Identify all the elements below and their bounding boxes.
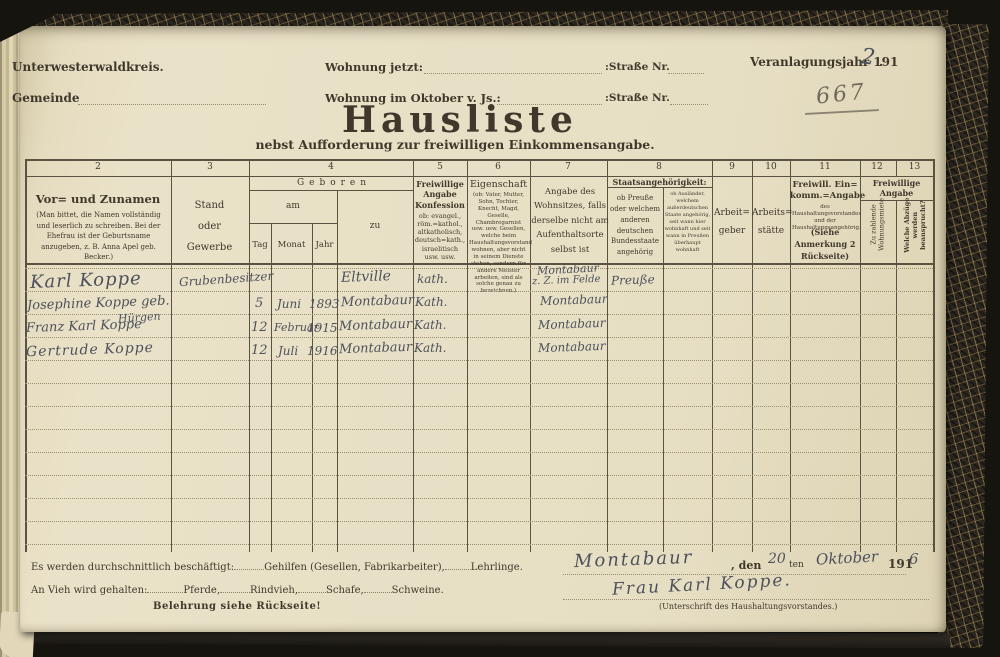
wohnung-jetzt-label: Wohnung jetzt: — [325, 60, 423, 74]
col-number-9: 9 — [712, 162, 752, 173]
entry-geburtsort: Montabaur — [339, 317, 413, 335]
beschaeftigt-label: Es werden durchschnittlich beschäftigt: — [31, 562, 234, 573]
fill-line — [220, 583, 250, 593]
col-header-staat-auslaender: ob Ausländer, welchem außerdeutschen Sta… — [664, 191, 711, 254]
row-line — [25, 383, 933, 384]
entry-wohnsitz: Montabaur — [538, 339, 606, 355]
rindvieh-label: Rindvieh, — [250, 585, 298, 596]
col-header-eigenschaft-note: (ob: Vater, Mutter, Sohn, Tochter, Knech… — [469, 192, 528, 295]
entry-konfession: Kath. — [414, 318, 446, 332]
book-scan: Unterwesterwaldkreis. Gemeinde Wohnung j… — [0, 0, 1000, 657]
col-header-konfession-note: ob: evangel., röm.=kathol., altkatholisc… — [414, 212, 466, 261]
vieh-label: An Vieh wird gehalten: — [31, 585, 147, 596]
schweine-label: Schweine. — [392, 585, 444, 596]
col-number-2: 2 — [78, 162, 118, 173]
fill-line — [298, 583, 326, 593]
table-rule — [25, 176, 935, 177]
table-rule — [467, 159, 468, 552]
col-number-11: 11 — [805, 162, 845, 173]
col-header-einkommen: Freiwill. Ein= komm.=Angabe — [790, 180, 860, 203]
fill-line — [445, 560, 471, 570]
col-header-names-note: (Man bittet, die Namen vollständig und l… — [29, 210, 168, 263]
gemeinde-label: Gemeinde — [12, 91, 80, 106]
col-header-arbeitgeber: Arbeit= geber — [712, 204, 752, 240]
schafe-label: Schafe, — [326, 585, 364, 596]
entry-geburtsort: Montabaur — [339, 340, 413, 358]
entry-name: Karl Koppe — [30, 268, 142, 293]
form-subtitle: nebst Aufforderung zur freiwilligen Eink… — [245, 137, 665, 153]
wohnung-jetzt-fill-line — [424, 73, 602, 74]
gehilfen-label: Gehilfen (Gesellen, Fabrikarbeiter), — [264, 562, 445, 573]
col-header-names: Vor= und Zunamen — [25, 192, 171, 206]
col-number-4: 4 — [311, 162, 351, 173]
table-rule — [607, 187, 712, 188]
col-header-abzuege: Welche Abzüge werden beansprucht? — [903, 195, 927, 255]
veranlagungsjahr-period: . — [879, 55, 883, 70]
entry-geburtsmonat: Juni — [277, 297, 301, 311]
lehrlinge-label: Lehrlinge. — [471, 562, 523, 573]
col-number-6: 6 — [478, 162, 518, 173]
col-header-arbeitsstaette: Arbeits= stätte — [752, 204, 790, 240]
col-number-3: 3 — [190, 162, 230, 173]
row-line — [25, 452, 933, 453]
entry-geburtstag: 12 — [251, 320, 268, 335]
strasse-nr-fill-line-1 — [668, 73, 704, 74]
row-line — [25, 406, 933, 407]
col-header-jahr: Jahr — [312, 240, 337, 251]
row-line — [25, 314, 933, 315]
pferde-label: Pferde, — [183, 585, 220, 596]
entry-geburtsjahr: 1916 — [307, 344, 338, 358]
row-line — [25, 360, 933, 361]
row-line — [25, 498, 933, 499]
entry-geburtsort: Eltville — [341, 268, 391, 286]
veranlagungsjahr-label: Veranlagungsjahr 191 — [750, 55, 898, 70]
col-header-staat-preusse: ob Preuße oder welchem anderen deutschen… — [608, 193, 662, 258]
row-line — [25, 337, 933, 338]
col-header-einkommen-note2: (Siehe Anmerkung 2 Rückseite) — [790, 226, 860, 262]
col-number-10: 10 — [751, 162, 791, 173]
col-number-8: 8 — [639, 162, 679, 173]
table-rule — [933, 159, 935, 552]
district-label: Unterwesterwaldkreis. — [12, 60, 164, 75]
tag-handwritten: 20 — [768, 551, 786, 567]
unterschrift-label: (Unterschrift des Haushaltungsvorstandes… — [659, 602, 837, 612]
entry-geburtstag: 5 — [255, 296, 263, 311]
entry-geburtsmonat: Juli — [278, 344, 298, 358]
jahr-handwritten: 6 — [909, 550, 919, 568]
entry-geburtstag: 12 — [251, 343, 268, 358]
table-rule — [896, 200, 897, 552]
col-header-monat: Monat — [271, 240, 312, 251]
table-rule — [249, 190, 413, 191]
monat-handwritten: Oktober — [816, 547, 879, 568]
vieh-line: An Vieh wird gehalten:Pferde,Rindvieh,Sc… — [31, 583, 444, 596]
fill-line — [364, 583, 392, 593]
col-header-konfession: Freiwillige Angabe Konfession — [414, 179, 466, 210]
belehrung-note: Belehrung siehe Rückseite! — [153, 601, 321, 614]
entry-konfession: Kath. — [415, 295, 447, 309]
col-header-wohnsitz: Angabe des Wohnsitzes, falls derselbe ni… — [531, 185, 609, 257]
strasse-nr-label-1: :Straße Nr. — [605, 61, 670, 74]
col-header-tag: Tag — [249, 240, 271, 251]
row-line — [25, 544, 933, 545]
entry-wohnsitz: Montabaur — [540, 292, 608, 308]
col-header-geboren: Geboren — [252, 178, 416, 189]
table-rule — [249, 223, 337, 224]
table-rule — [860, 159, 861, 552]
col-number-7: 7 — [548, 162, 588, 173]
col-number-13: 13 — [896, 162, 933, 173]
table-rule — [249, 159, 250, 552]
den-label: , den — [731, 559, 761, 573]
col-header-zu: zu — [337, 221, 413, 232]
row-line — [25, 521, 933, 522]
strasse-nr-fill-line-2 — [670, 104, 708, 105]
fill-line — [234, 560, 264, 570]
table-rule — [312, 223, 313, 552]
entry-geburtsjahr: 1915 — [307, 321, 338, 335]
col-header-am: am — [249, 201, 337, 212]
col-header-staatsangehoerigkeit: Staatsangehörigkeit: — [607, 177, 712, 187]
entry-konfession: Kath. — [414, 341, 446, 355]
col-header-stand: Stand oder Gewerbe — [171, 195, 248, 258]
row-line — [25, 429, 933, 430]
folio-number: 667 — [815, 79, 868, 109]
col-number-12: 12 — [858, 162, 896, 173]
row-line — [25, 475, 933, 476]
signature-fill-line — [563, 599, 929, 600]
entry-konfession: kath. — [417, 272, 448, 286]
col-header-eigenschaft: Eigenschaft — [467, 179, 530, 191]
table-rule — [25, 159, 935, 161]
ort-handwritten: Montabaur — [574, 547, 694, 572]
fill-line — [147, 583, 183, 593]
row-line — [25, 291, 933, 292]
row-line — [25, 268, 933, 269]
entry-staatsangehoerigkeit: Preuße — [611, 272, 655, 288]
gemeinde-fill-line — [78, 104, 266, 105]
entry-geburtsjahr: 1893 — [309, 297, 340, 311]
entry-wohnsitz: Montabaur — [538, 316, 606, 332]
entry-geburtsort: Montabaur — [341, 293, 415, 311]
page-stack-edge — [0, 16, 22, 657]
col-number-5: 5 — [420, 162, 460, 173]
beschaeftigt-line: Es werden durchschnittlich beschäftigt:G… — [31, 560, 523, 573]
col-header-wohnungsmiete: Zu zahlende Wohnungsmiete — [870, 194, 887, 254]
